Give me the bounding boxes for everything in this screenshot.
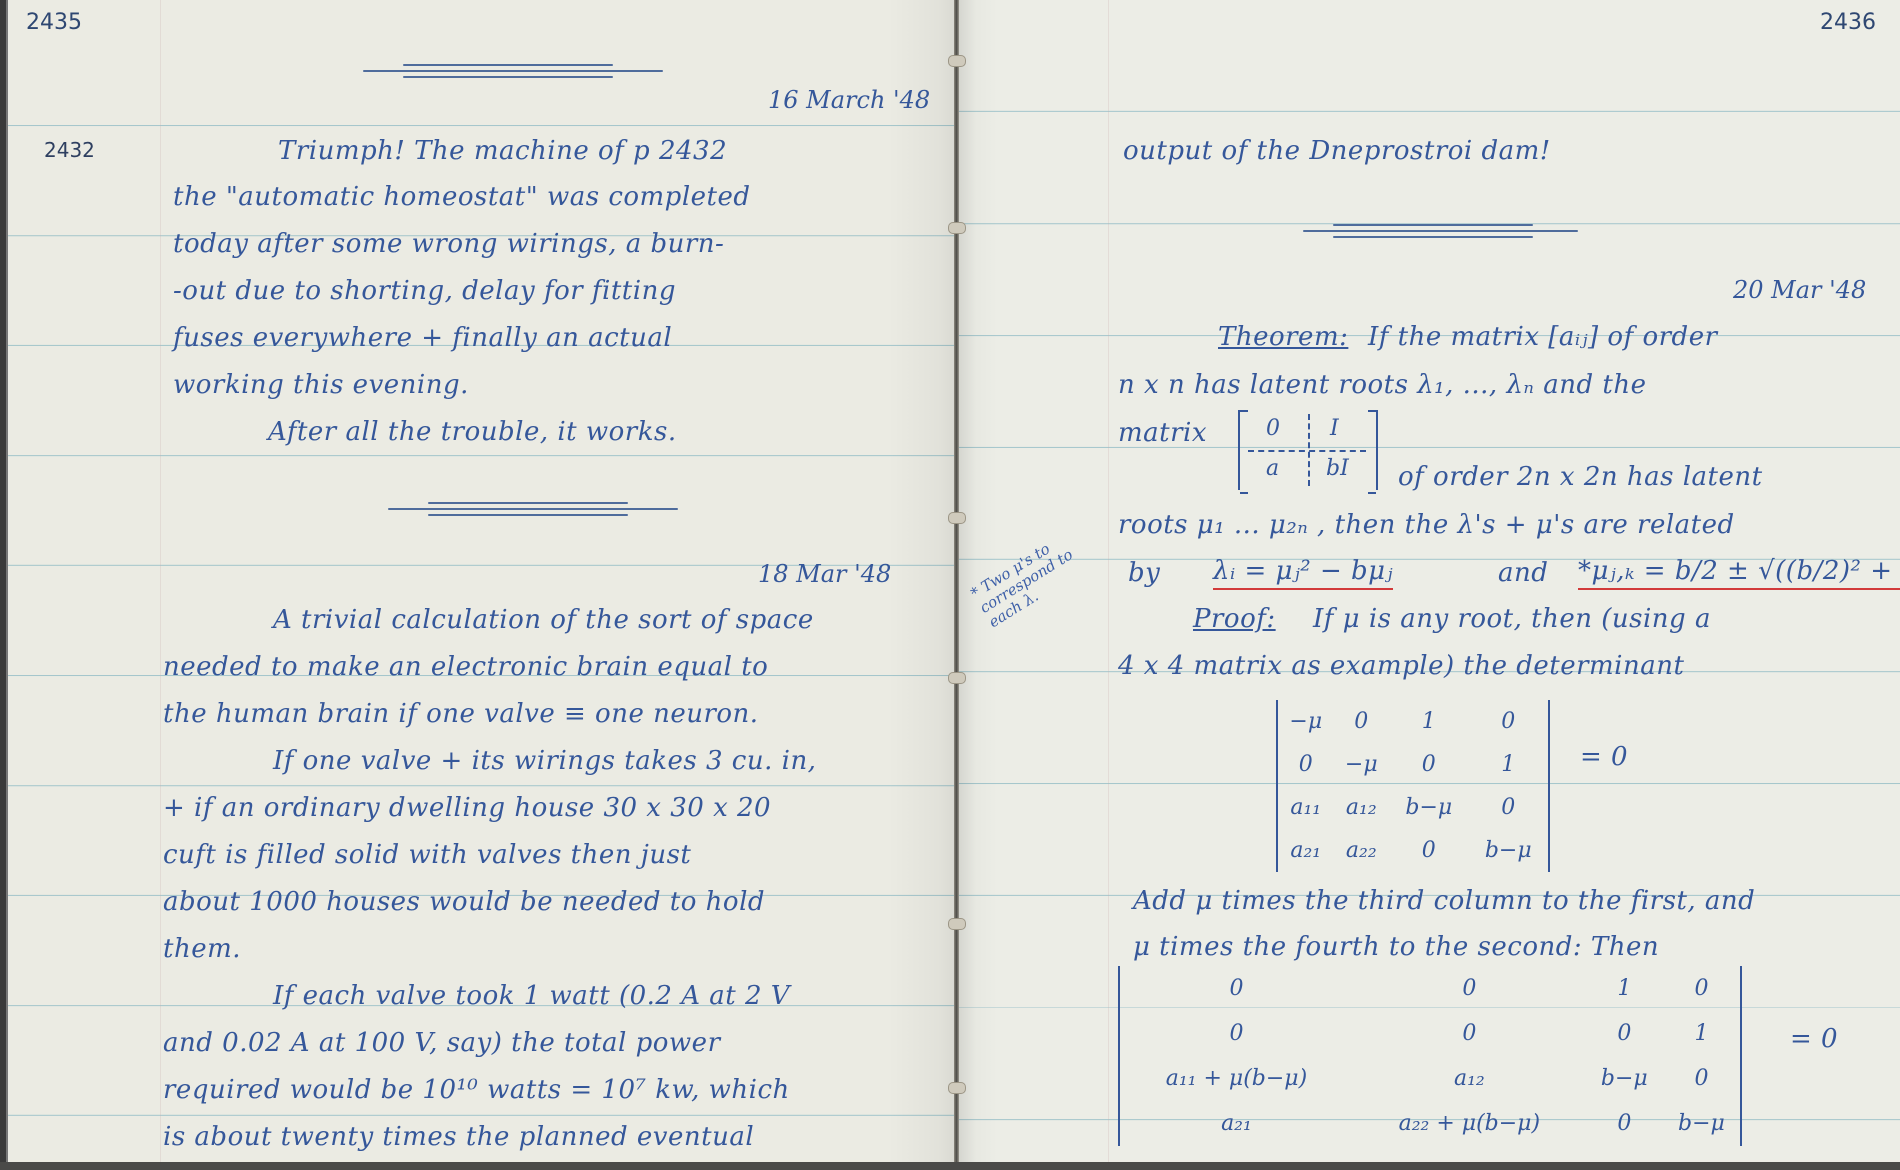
binding-stitch xyxy=(948,512,966,524)
step-text: Add μ times the third column to the firs… xyxy=(1133,886,1755,916)
det-cell: b−μ xyxy=(1586,1056,1663,1101)
equals-zero: = 0 xyxy=(1790,1024,1838,1054)
det-cell: −μ xyxy=(1334,743,1390,786)
block-bottom-right: bI xyxy=(1326,456,1349,481)
entry-date-16-march: 16 March '48 xyxy=(768,86,930,114)
left-notebook-page: 2435 16 March '48 2432 Triumph! The mach… xyxy=(6,0,957,1162)
det-cell: 0 xyxy=(1586,1011,1663,1056)
entry2-line: cuft is filled solid with valves then ju… xyxy=(163,840,691,870)
entry1-line: the "automatic homeostat" was completed xyxy=(173,182,751,212)
binding-stitch xyxy=(948,222,966,234)
det-cell: a₂₂ + μ(b−μ) xyxy=(1353,1101,1586,1146)
margin-annotation: * Two μ's to correspond to each λ. xyxy=(968,532,1085,631)
section-divider xyxy=(363,60,663,82)
page-bottom-edge xyxy=(0,1162,1900,1170)
continuation-line: output of the Dneprostroi dam! xyxy=(1123,136,1551,166)
equals-zero: = 0 xyxy=(1580,742,1628,772)
det-cell: a₁₂ xyxy=(1353,1056,1586,1101)
det-cell: 0 xyxy=(1469,786,1548,829)
binding-stitch xyxy=(948,672,966,684)
and-label: and xyxy=(1498,558,1548,588)
det-cell: 0 xyxy=(1278,743,1334,786)
det-cell: a₂₁ xyxy=(1120,1101,1353,1146)
entry2-line: and 0.02 A at 100 V, say) the total powe… xyxy=(163,1028,721,1058)
entry-date-20-march: 20 Mar '48 xyxy=(1733,276,1866,304)
det-cell: a₂₁ xyxy=(1278,829,1334,872)
section-divider xyxy=(388,498,678,520)
page-number-left: 2435 xyxy=(26,10,82,35)
det-cell: 0 xyxy=(1586,1101,1663,1146)
det-cell: a₂₂ xyxy=(1334,829,1390,872)
entry1-line: Triumph! The machine of p 2432 xyxy=(278,136,727,166)
entry2-line: the human brain if one valve ≡ one neuro… xyxy=(163,699,759,729)
right-notebook-page: 2436 output of the Dneprostroi dam! 20 M… xyxy=(958,0,1900,1162)
det-cell: b−μ xyxy=(1663,1101,1740,1146)
proof-label: Proof: xyxy=(1193,604,1276,634)
by-label: by xyxy=(1128,558,1160,588)
determinant-transformed: 0010 0001 a₁₁ + μ(b−μ)a₁₂b−μ0 a₂₁a₂₂ + μ… xyxy=(1118,966,1742,1146)
det-cell: 0 xyxy=(1663,966,1740,1011)
proof-text: 4 x 4 matrix as example) the determinant xyxy=(1118,651,1684,681)
det-cell: a₁₂ xyxy=(1334,786,1390,829)
matrix-label: matrix xyxy=(1118,418,1207,448)
determinant-original: −μ010 0−μ01 a₁₁a₁₂b−μ0 a₂₁a₂₂0b−μ xyxy=(1276,700,1550,872)
margin-reference-number: 2432 xyxy=(44,138,95,162)
det-cell: 0 xyxy=(1334,700,1390,743)
det-cell: 1 xyxy=(1389,700,1468,743)
block-bottom-left: a xyxy=(1266,456,1279,481)
entry-date-18-march: 18 Mar '48 xyxy=(758,560,891,588)
theorem-text: If the matrix [aᵢⱼ] of order xyxy=(1368,322,1718,352)
theorem-text: n x n has latent roots λ₁, ..., λₙ and t… xyxy=(1118,370,1646,400)
block-matrix: 0 I a bI xyxy=(1238,410,1378,490)
entry2-line: about 1000 houses would be needed to hol… xyxy=(163,887,765,917)
proof-text: If μ is any root, then (using a xyxy=(1313,604,1711,634)
det-cell: 0 xyxy=(1353,966,1586,1011)
det-cell: 0 xyxy=(1469,700,1548,743)
section-divider xyxy=(1303,220,1578,242)
theorem-text: of order 2n x 2n has latent xyxy=(1398,462,1763,492)
det-cell: b−μ xyxy=(1469,829,1548,872)
entry2-line: If each valve took 1 watt (0.2 A at 2 V xyxy=(273,981,790,1011)
det-cell: a₁₁ + μ(b−μ) xyxy=(1120,1056,1353,1101)
det-cell: 0 xyxy=(1663,1056,1740,1101)
theorem-text: roots μ₁ ... μ₂ₙ , then the λ's + μ's ar… xyxy=(1118,510,1735,540)
left-margin-line xyxy=(160,0,161,1162)
entry1-line: working this evening. xyxy=(173,370,469,400)
theorem-label: Theorem: xyxy=(1218,322,1348,352)
binding-stitch xyxy=(948,55,966,67)
det-cell: 0 xyxy=(1120,1011,1353,1056)
det-cell: 0 xyxy=(1353,1011,1586,1056)
det-cell: 1 xyxy=(1586,966,1663,1011)
relation-lambda-mu: λᵢ = μⱼ² − bμⱼ xyxy=(1213,556,1393,590)
notebook-spine xyxy=(954,0,959,1170)
entry2-line: If one valve + its wirings takes 3 cu. i… xyxy=(273,746,816,776)
relation-mu-roots: *μⱼ,ₖ = b/2 ± √((b/2)² + λᵢ) xyxy=(1578,556,1900,590)
det-cell: a₁₁ xyxy=(1278,786,1334,829)
det-cell: b−μ xyxy=(1389,786,1468,829)
entry1-line: today after some wrong wirings, a burn- xyxy=(173,229,724,259)
entry2-line: + if an ordinary dwelling house 30 x 30 … xyxy=(163,793,771,823)
step-text: μ times the fourth to the second: Then xyxy=(1133,932,1659,962)
block-top-right: I xyxy=(1330,416,1339,441)
entry1-line: -out due to shorting, delay for fitting xyxy=(173,276,676,306)
entry2-line: needed to make an electronic brain equal… xyxy=(163,652,768,682)
entry1-line: fuses everywhere + finally an actual xyxy=(173,323,672,353)
det-cell: 0 xyxy=(1120,966,1353,1011)
binding-stitch xyxy=(948,918,966,930)
det-cell: −μ xyxy=(1278,700,1334,743)
entry2-line: is about twenty times the planned eventu… xyxy=(163,1122,754,1152)
det-cell: 1 xyxy=(1663,1011,1740,1056)
entry2-line: them. xyxy=(163,934,241,964)
entry1-line: After all the trouble, it works. xyxy=(268,417,677,447)
block-top-left: 0 xyxy=(1266,416,1280,441)
det-cell: 0 xyxy=(1389,743,1468,786)
det-cell: 1 xyxy=(1469,743,1548,786)
binding-stitch xyxy=(948,1082,966,1094)
entry2-line: A trivial calculation of the sort of spa… xyxy=(273,605,814,635)
page-number-right: 2436 xyxy=(1820,10,1876,35)
entry2-line: required would be 10¹⁰ watts = 10⁷ kw, w… xyxy=(163,1075,790,1105)
right-margin-line xyxy=(1108,0,1109,1162)
det-cell: 0 xyxy=(1389,829,1468,872)
